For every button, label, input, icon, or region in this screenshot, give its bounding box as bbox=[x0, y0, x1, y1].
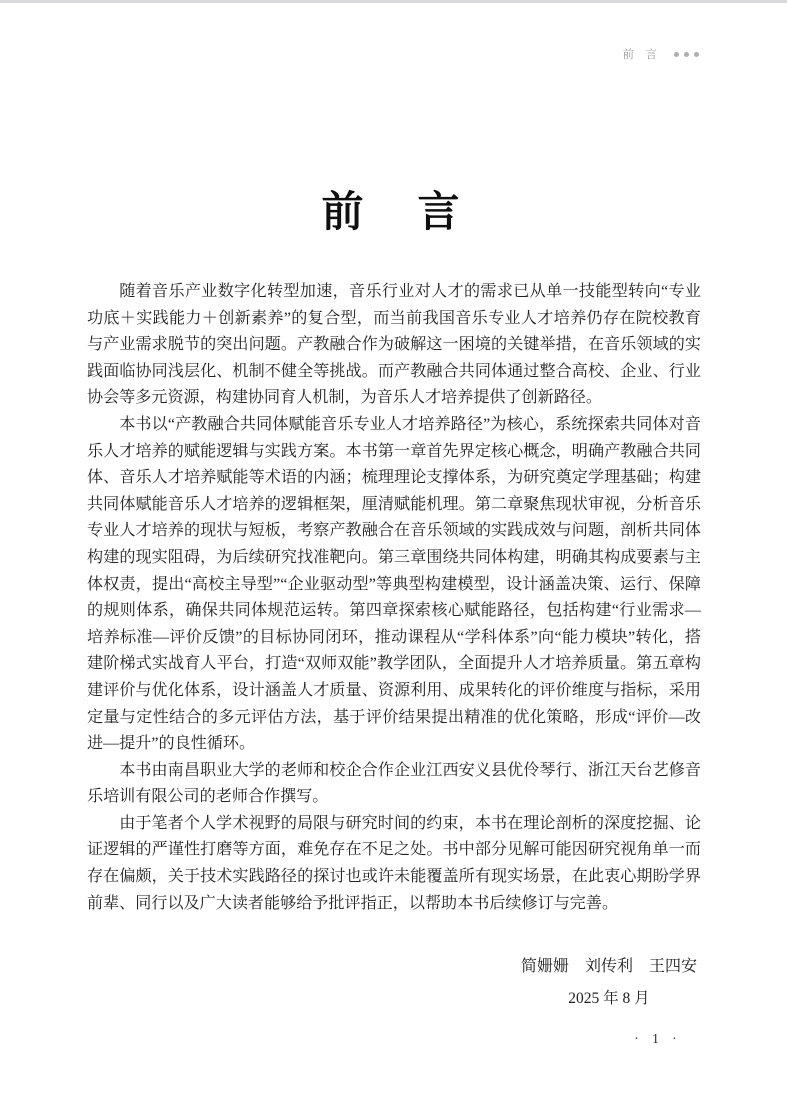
page-number: · 1 · bbox=[613, 1031, 703, 1047]
paragraph: 本书以“产教融合共同体赋能音乐专业人才培养路径”为核心，系统探索共同体对音乐人才… bbox=[87, 412, 701, 758]
paragraph: 由于笔者个人学术视野的局限与研究时间的约束，本书在理论剖析的深度挖掘、论证逻辑的… bbox=[87, 811, 701, 917]
signature-date: 2025 年 8 月 bbox=[521, 986, 697, 1008]
running-header-title: 前 言 bbox=[623, 46, 658, 62]
signature-authors: 简姗姗 刘传利 王四安 bbox=[521, 953, 697, 976]
paragraph: 随着音乐产业数字化转型加速，音乐行业对人才的需求已从单一技能型转向“专业功底＋实… bbox=[87, 279, 701, 412]
dot-icon bbox=[674, 52, 679, 57]
preface-body: 随着音乐产业数字化转型加速，音乐行业对人才的需求已从单一技能型转向“专业功底＋实… bbox=[87, 279, 701, 917]
page-title: 前 言 bbox=[0, 179, 787, 239]
preface-page: { "header": { "running_title": "前 言" }, … bbox=[0, 0, 787, 1099]
running-header: 前 言 bbox=[623, 46, 700, 62]
paragraph: 本书由南昌职业大学的老师和校企合作企业江西安义县优伶琴行、浙江天台艺修音乐培训有… bbox=[87, 758, 701, 811]
dot-icon bbox=[684, 52, 689, 57]
page-top-edge bbox=[0, 0, 787, 3]
dot-icon bbox=[694, 52, 699, 57]
signature-block: 简姗姗 刘传利 王四安 2025 年 8 月 bbox=[521, 953, 697, 1008]
three-dots-icon bbox=[674, 52, 699, 57]
